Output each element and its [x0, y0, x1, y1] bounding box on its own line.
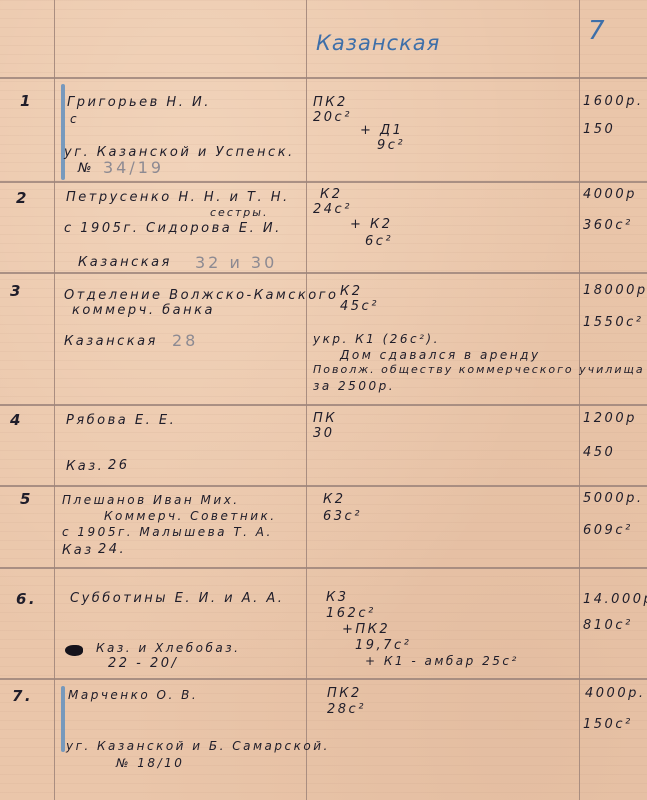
address: Каз.: [66, 460, 104, 473]
owner-name-cont: коммерч. банка: [72, 304, 215, 317]
address: Казанская: [78, 256, 172, 269]
property-note-1: укр. К1 (26с²).: [313, 333, 440, 345]
owner-name: Субботины Е. И. и А. А.: [70, 592, 284, 605]
page-number: 7: [588, 18, 605, 44]
column-divider-number: [54, 0, 55, 800]
blue-margin-mark: [61, 84, 65, 180]
property-area: 24с²: [313, 203, 352, 216]
column-divider-owner: [306, 0, 307, 800]
total-area: 1550с²: [583, 316, 643, 329]
header-divider: [0, 77, 647, 79]
property-area: 30: [313, 427, 335, 440]
property-extra-type: + Д1: [360, 124, 403, 137]
property-extra-type: + К2: [350, 218, 393, 231]
row-divider: [0, 485, 647, 487]
column-divider-property: [579, 0, 580, 800]
address-number: 22 - 20/: [108, 657, 178, 670]
row-number: 3: [10, 284, 23, 299]
property-area: 63с²: [323, 510, 362, 523]
address-number: 34/19: [103, 160, 164, 176]
owner-note: с: [70, 113, 79, 125]
blue-margin-mark: [61, 686, 65, 752]
property-note-2: Дом сдавался в аренду: [340, 349, 541, 361]
property-type: К2: [323, 493, 346, 506]
total-area: 150: [583, 123, 615, 136]
ink-blot: [65, 645, 83, 656]
row-number: 1: [20, 94, 33, 109]
property-area: 28с²: [327, 703, 366, 716]
property-outbuilding: + К1 - амбар 25с²: [365, 655, 519, 667]
address: Казанская: [64, 335, 158, 348]
property-note-3: Поволж. обществу коммерческого училища: [313, 364, 645, 375]
address-number-prefix: №: [78, 162, 94, 175]
row-number: 4: [10, 413, 23, 428]
owner-name: Григорьев Н. И.: [67, 96, 211, 109]
owner-title: Коммерч. Советник.: [104, 510, 277, 522]
property-type: ПК: [313, 412, 337, 425]
property-value: 5000р.: [583, 492, 643, 505]
owner-name: Рябова Е. Е.: [66, 414, 176, 427]
row-divider: [0, 181, 647, 183]
address-number: 32 и 30: [195, 255, 277, 271]
owner-successor: с 1905г. Сидорова Е. И.: [64, 222, 282, 235]
address: уг. Казанской и Б. Самарской.: [66, 740, 330, 752]
property-type: К3: [326, 591, 349, 604]
property-value: 4000р.: [585, 687, 645, 700]
property-note-4: за 2500р.: [313, 380, 395, 392]
property-type: ПК2: [327, 687, 362, 700]
property-extra-area: 6с²: [365, 235, 393, 248]
property-area: 20с²: [313, 111, 352, 124]
address: Каз. и Хлебобаз.: [96, 642, 240, 654]
property-type: ПК2: [313, 96, 348, 109]
row-divider: [0, 567, 647, 569]
owner-name: Петрусенко Н. Н. и Т. Н.: [66, 191, 290, 204]
property-extra-area: 19,7с²: [355, 639, 411, 652]
property-value: 4000р: [583, 188, 637, 201]
property-type: К2: [340, 285, 363, 298]
owner-name: Марченко О. В.: [68, 689, 198, 701]
property-extra-type: +ПК2: [342, 623, 390, 636]
total-area: 450: [583, 446, 615, 459]
street-name-heading: Казанская: [316, 33, 440, 54]
owner-successor: с 1905г. Малышева Т. А.: [62, 526, 273, 538]
address-number: 26: [108, 459, 130, 472]
row-number: 6.: [16, 592, 37, 607]
owner-name: Отделение Волжско-Камского: [64, 289, 338, 302]
property-area: 162с²: [326, 607, 376, 620]
row-number: 2: [16, 191, 29, 206]
total-area: 150с²: [583, 718, 633, 731]
property-area: 45с²: [340, 300, 379, 313]
address-number: 28: [172, 333, 198, 349]
total-area: 360с²: [583, 219, 633, 232]
total-area: 609с²: [583, 524, 633, 537]
row-divider: [0, 272, 647, 274]
property-value: 1600р.: [583, 95, 643, 108]
owner-name: Плешанов Иван Мих.: [62, 494, 240, 506]
owner-note: сестры.: [210, 207, 268, 218]
address: Каз: [62, 544, 94, 557]
total-area: 810с²: [583, 619, 633, 632]
property-type: К2: [320, 188, 343, 201]
property-value: 18000р.: [583, 284, 647, 297]
row-divider: [0, 678, 647, 680]
address: уг. Казанской и Успенск.: [64, 146, 295, 159]
row-number: 5: [20, 492, 33, 507]
address-number: 24.: [98, 543, 126, 556]
row-number: 7.: [12, 689, 33, 704]
property-value: 14.000р.: [583, 593, 647, 606]
property-extra-area: 9с²: [377, 139, 405, 152]
address-number: № 18/10: [116, 757, 184, 769]
property-value: 1200р: [583, 412, 637, 425]
ledger-page: Казанская 7 1 Григорьев Н. И. с уг. Каза…: [0, 0, 647, 800]
row-divider: [0, 404, 647, 406]
